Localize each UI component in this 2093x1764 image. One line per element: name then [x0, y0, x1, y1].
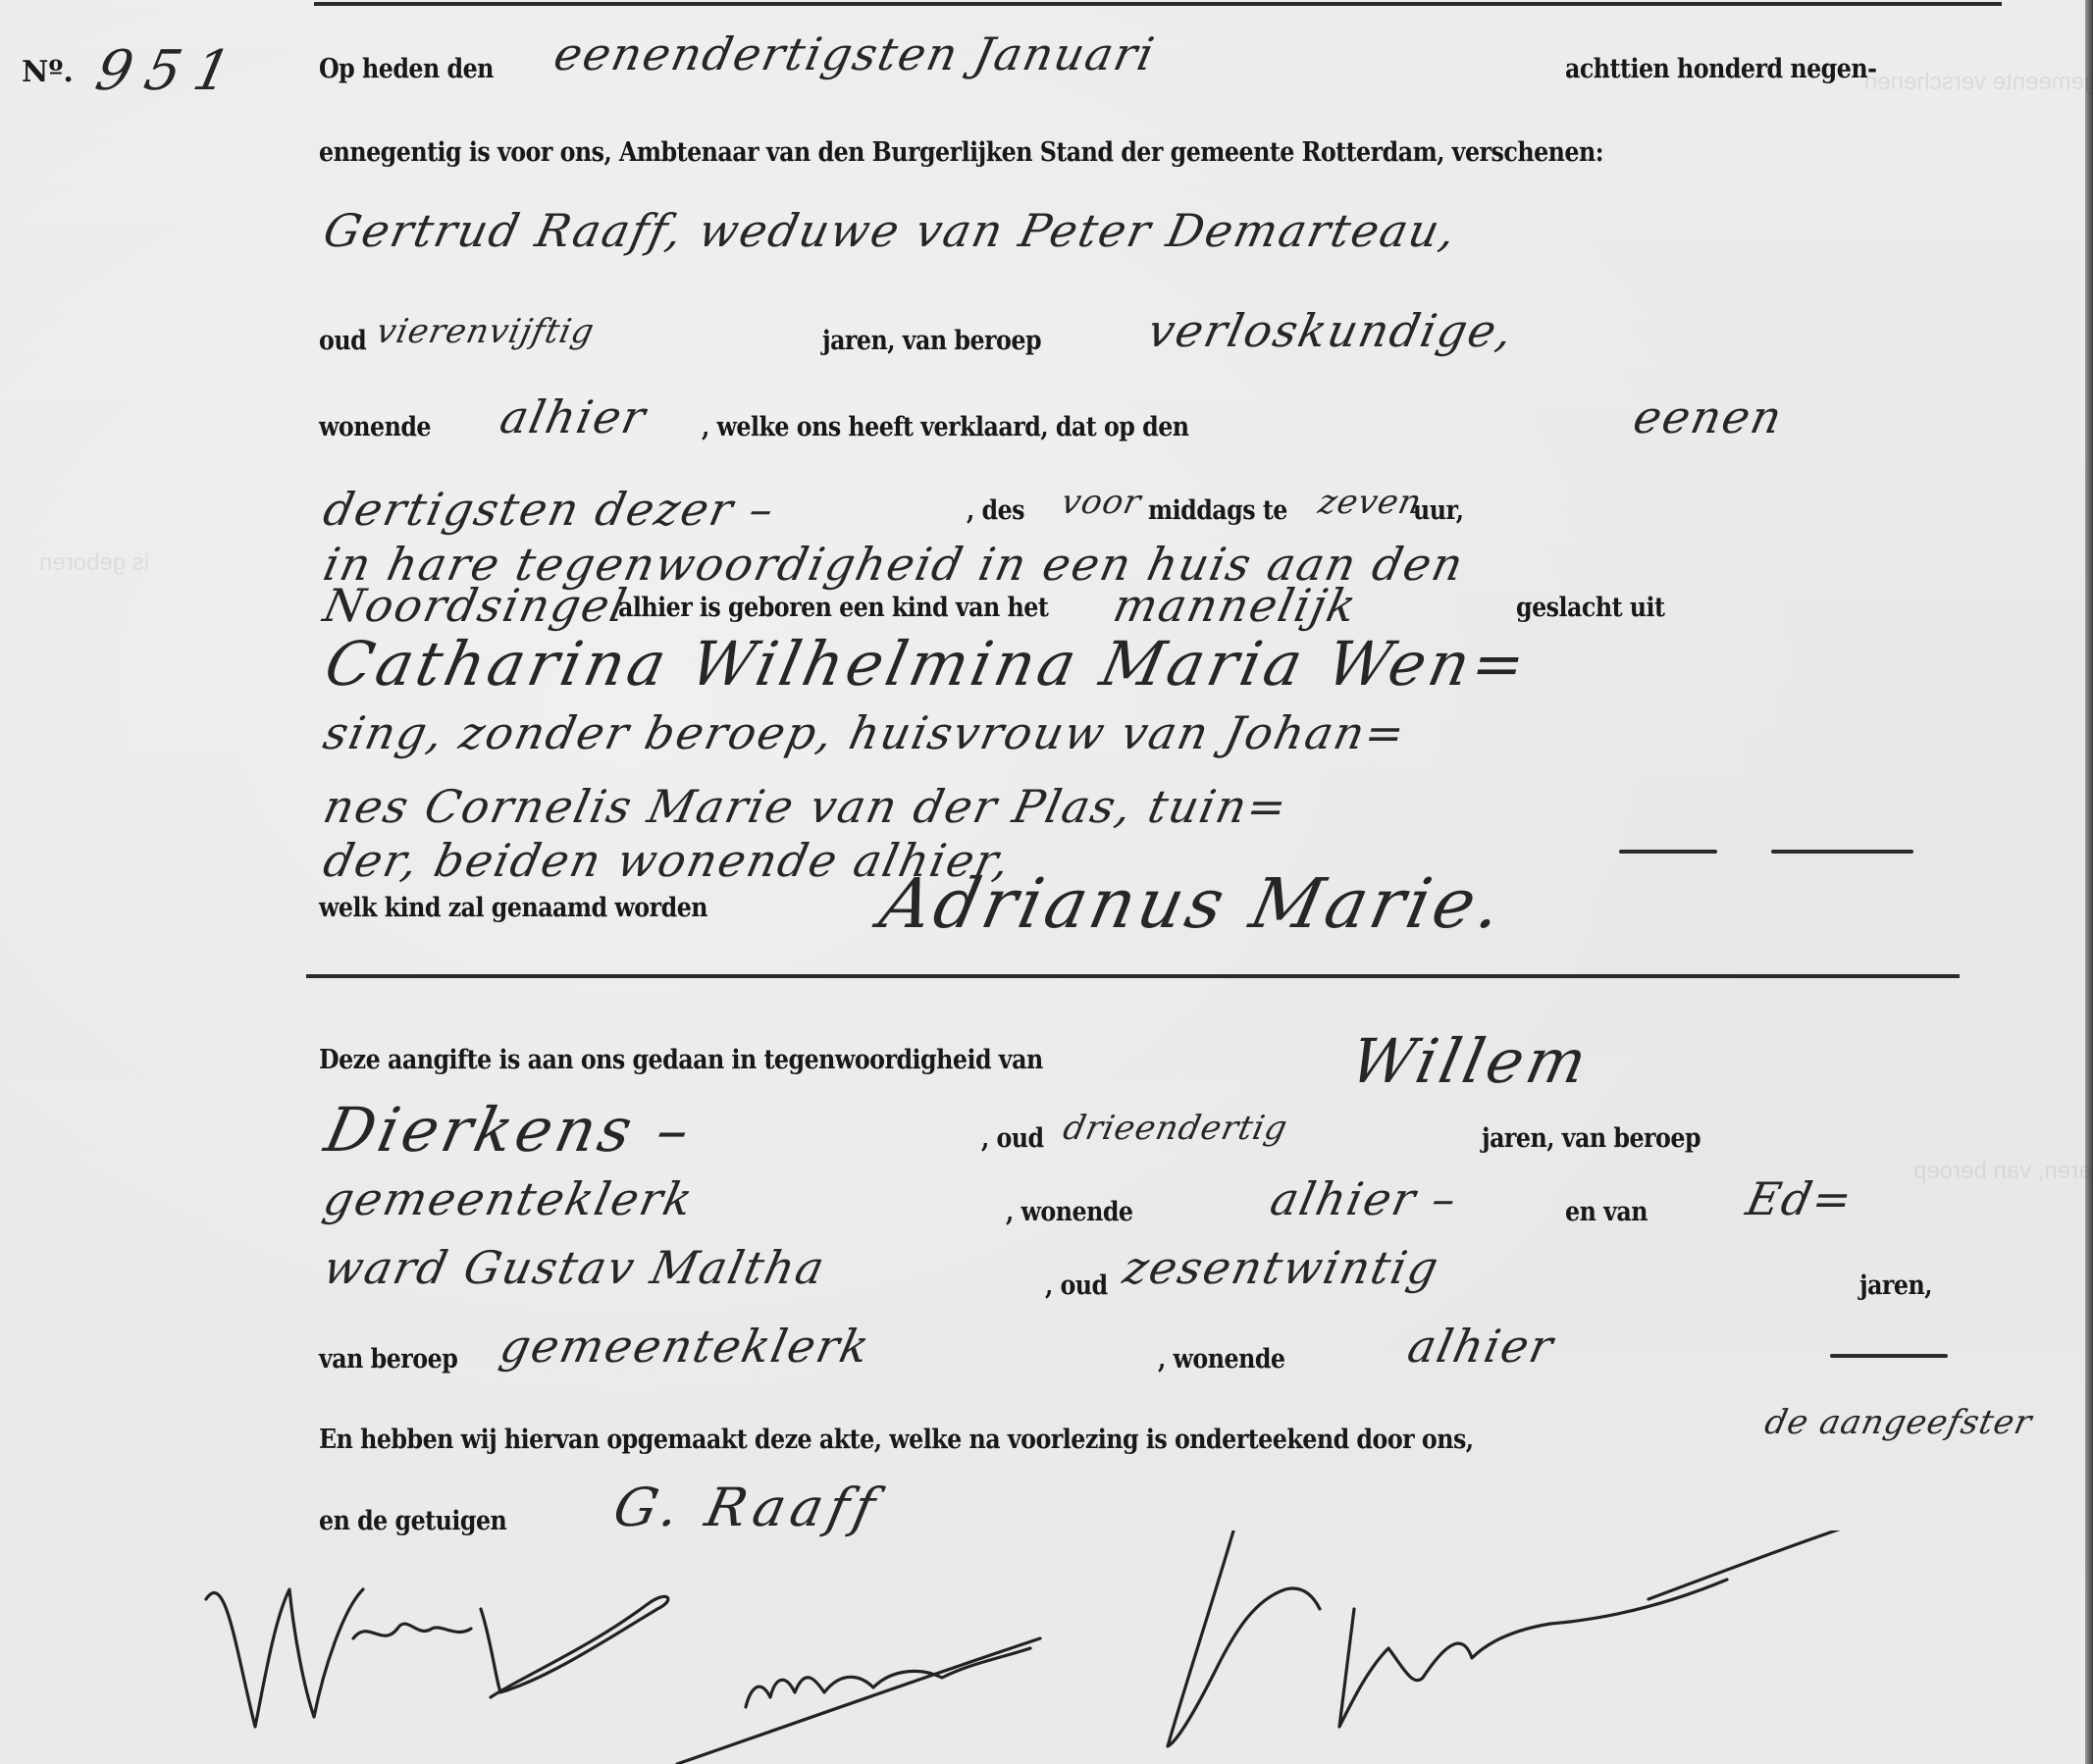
- handwritten-sex: mannelijk: [1109, 579, 1363, 632]
- handwritten-witness-profession: gemeenteklerk: [496, 1320, 875, 1373]
- printed-text: , des: [967, 495, 1024, 526]
- bleed-through-text: is geboren: [39, 549, 149, 577]
- filler-dash: [1619, 850, 1717, 854]
- handwritten-father: nes Cornelis Marie van der Plas, tuin=: [319, 780, 1293, 833]
- handwritten-age: vierenvijftig: [373, 312, 598, 351]
- printed-text: En hebben wij hiervan opgemaakt deze akt…: [319, 1425, 1474, 1455]
- printed-text: ennegentig is voor ons, Ambtenaar van de…: [319, 137, 1603, 168]
- handwritten-day: dertigsten dezer –: [319, 483, 780, 536]
- handwritten-witness-profession: gemeenteklerk: [319, 1172, 699, 1225]
- printed-text: , wonende: [1006, 1197, 1132, 1227]
- handwritten-mother: Catharina Wilhelmina Maria Wen=: [319, 628, 1536, 700]
- signatures-graphic: [196, 1531, 1962, 1764]
- printed-text: jaren, van beroep: [1482, 1123, 1701, 1154]
- printed-text: achttien honderd negen-: [1565, 54, 1876, 84]
- certificate-number-label: Nº.: [22, 55, 74, 89]
- handwritten-witness-residence: alhier –: [1266, 1172, 1463, 1225]
- certificate-number: 951: [90, 39, 250, 103]
- bleed-through-text: gemeente verschenen: [1864, 69, 2093, 96]
- printed-text: , oud: [1045, 1271, 1108, 1301]
- handwritten-hour: zeven: [1315, 483, 1426, 522]
- handwritten-street: Noordsingel: [319, 579, 633, 632]
- printed-text: middags te: [1148, 495, 1287, 526]
- handwritten-witness-name: Ed=: [1742, 1172, 1858, 1225]
- handwritten-mother: sing, zonder beroep, huisvrouw van Johan…: [319, 706, 1411, 759]
- handwritten-residence: alhier: [496, 390, 652, 443]
- handwritten-witness-surname: Dierkens –: [319, 1094, 700, 1166]
- printed-text: , welke ons heeft verklaard, dat op den: [702, 412, 1189, 442]
- printed-text: , oud: [981, 1123, 1044, 1154]
- printed-text: Op heden den: [319, 54, 494, 84]
- signature-declarant: G. Raaff: [608, 1477, 886, 1538]
- printed-text: van beroep: [319, 1344, 457, 1375]
- top-rule: [314, 2, 2002, 6]
- printed-text: uur,: [1413, 495, 1464, 526]
- filler-dash: [1830, 1354, 1948, 1358]
- handwritten-witness-name: Willem: [1344, 1025, 1596, 1097]
- printed-text: alhier is geboren een kind van het: [618, 593, 1048, 623]
- bleed-through-text: jaren, van beroep: [1913, 1158, 2093, 1185]
- printed-text: Deze aangifte is aan ons gedaan in tegen…: [319, 1045, 1043, 1075]
- handwritten-witness-residence: alhier: [1403, 1320, 1559, 1373]
- handwritten-witness-name: ward Gustav Maltha: [319, 1241, 831, 1294]
- handwritten-signer-role: de aangeefster: [1761, 1403, 2036, 1442]
- printed-text: jaren,: [1859, 1271, 1932, 1301]
- printed-text: welk kind zal genaamd worden: [319, 893, 707, 923]
- page-edge: [2085, 0, 2093, 1764]
- handwritten-child-name: Adrianus Marie.: [873, 863, 1513, 944]
- handwritten-ampm: voor: [1058, 483, 1145, 522]
- signature-official-stroke: [1168, 1531, 1320, 1746]
- printed-text: en van: [1565, 1197, 1648, 1227]
- printed-text: oud: [319, 326, 366, 356]
- handwritten-profession: verloskundige,: [1143, 304, 1519, 357]
- printed-text: jaren, van beroep: [822, 326, 1041, 356]
- handwritten-witness-age: drieendertig: [1060, 1109, 1291, 1148]
- signature-witness1-stroke: [206, 1589, 363, 1727]
- handwritten-declarant: Gertrud Raaff, weduwe van Peter Demartea…: [319, 204, 1462, 257]
- filler-dash: [1771, 850, 1913, 854]
- section-divider: [306, 974, 1960, 978]
- printed-text: geslacht uit: [1516, 593, 1664, 623]
- handwritten-day: eenen: [1629, 390, 1788, 443]
- printed-text: wonende: [319, 412, 431, 442]
- handwritten-date: eenendertigsten Januari: [549, 27, 1161, 80]
- handwritten-witness-age: zesentwintig: [1119, 1241, 1444, 1294]
- printed-text: , wonende: [1158, 1344, 1284, 1375]
